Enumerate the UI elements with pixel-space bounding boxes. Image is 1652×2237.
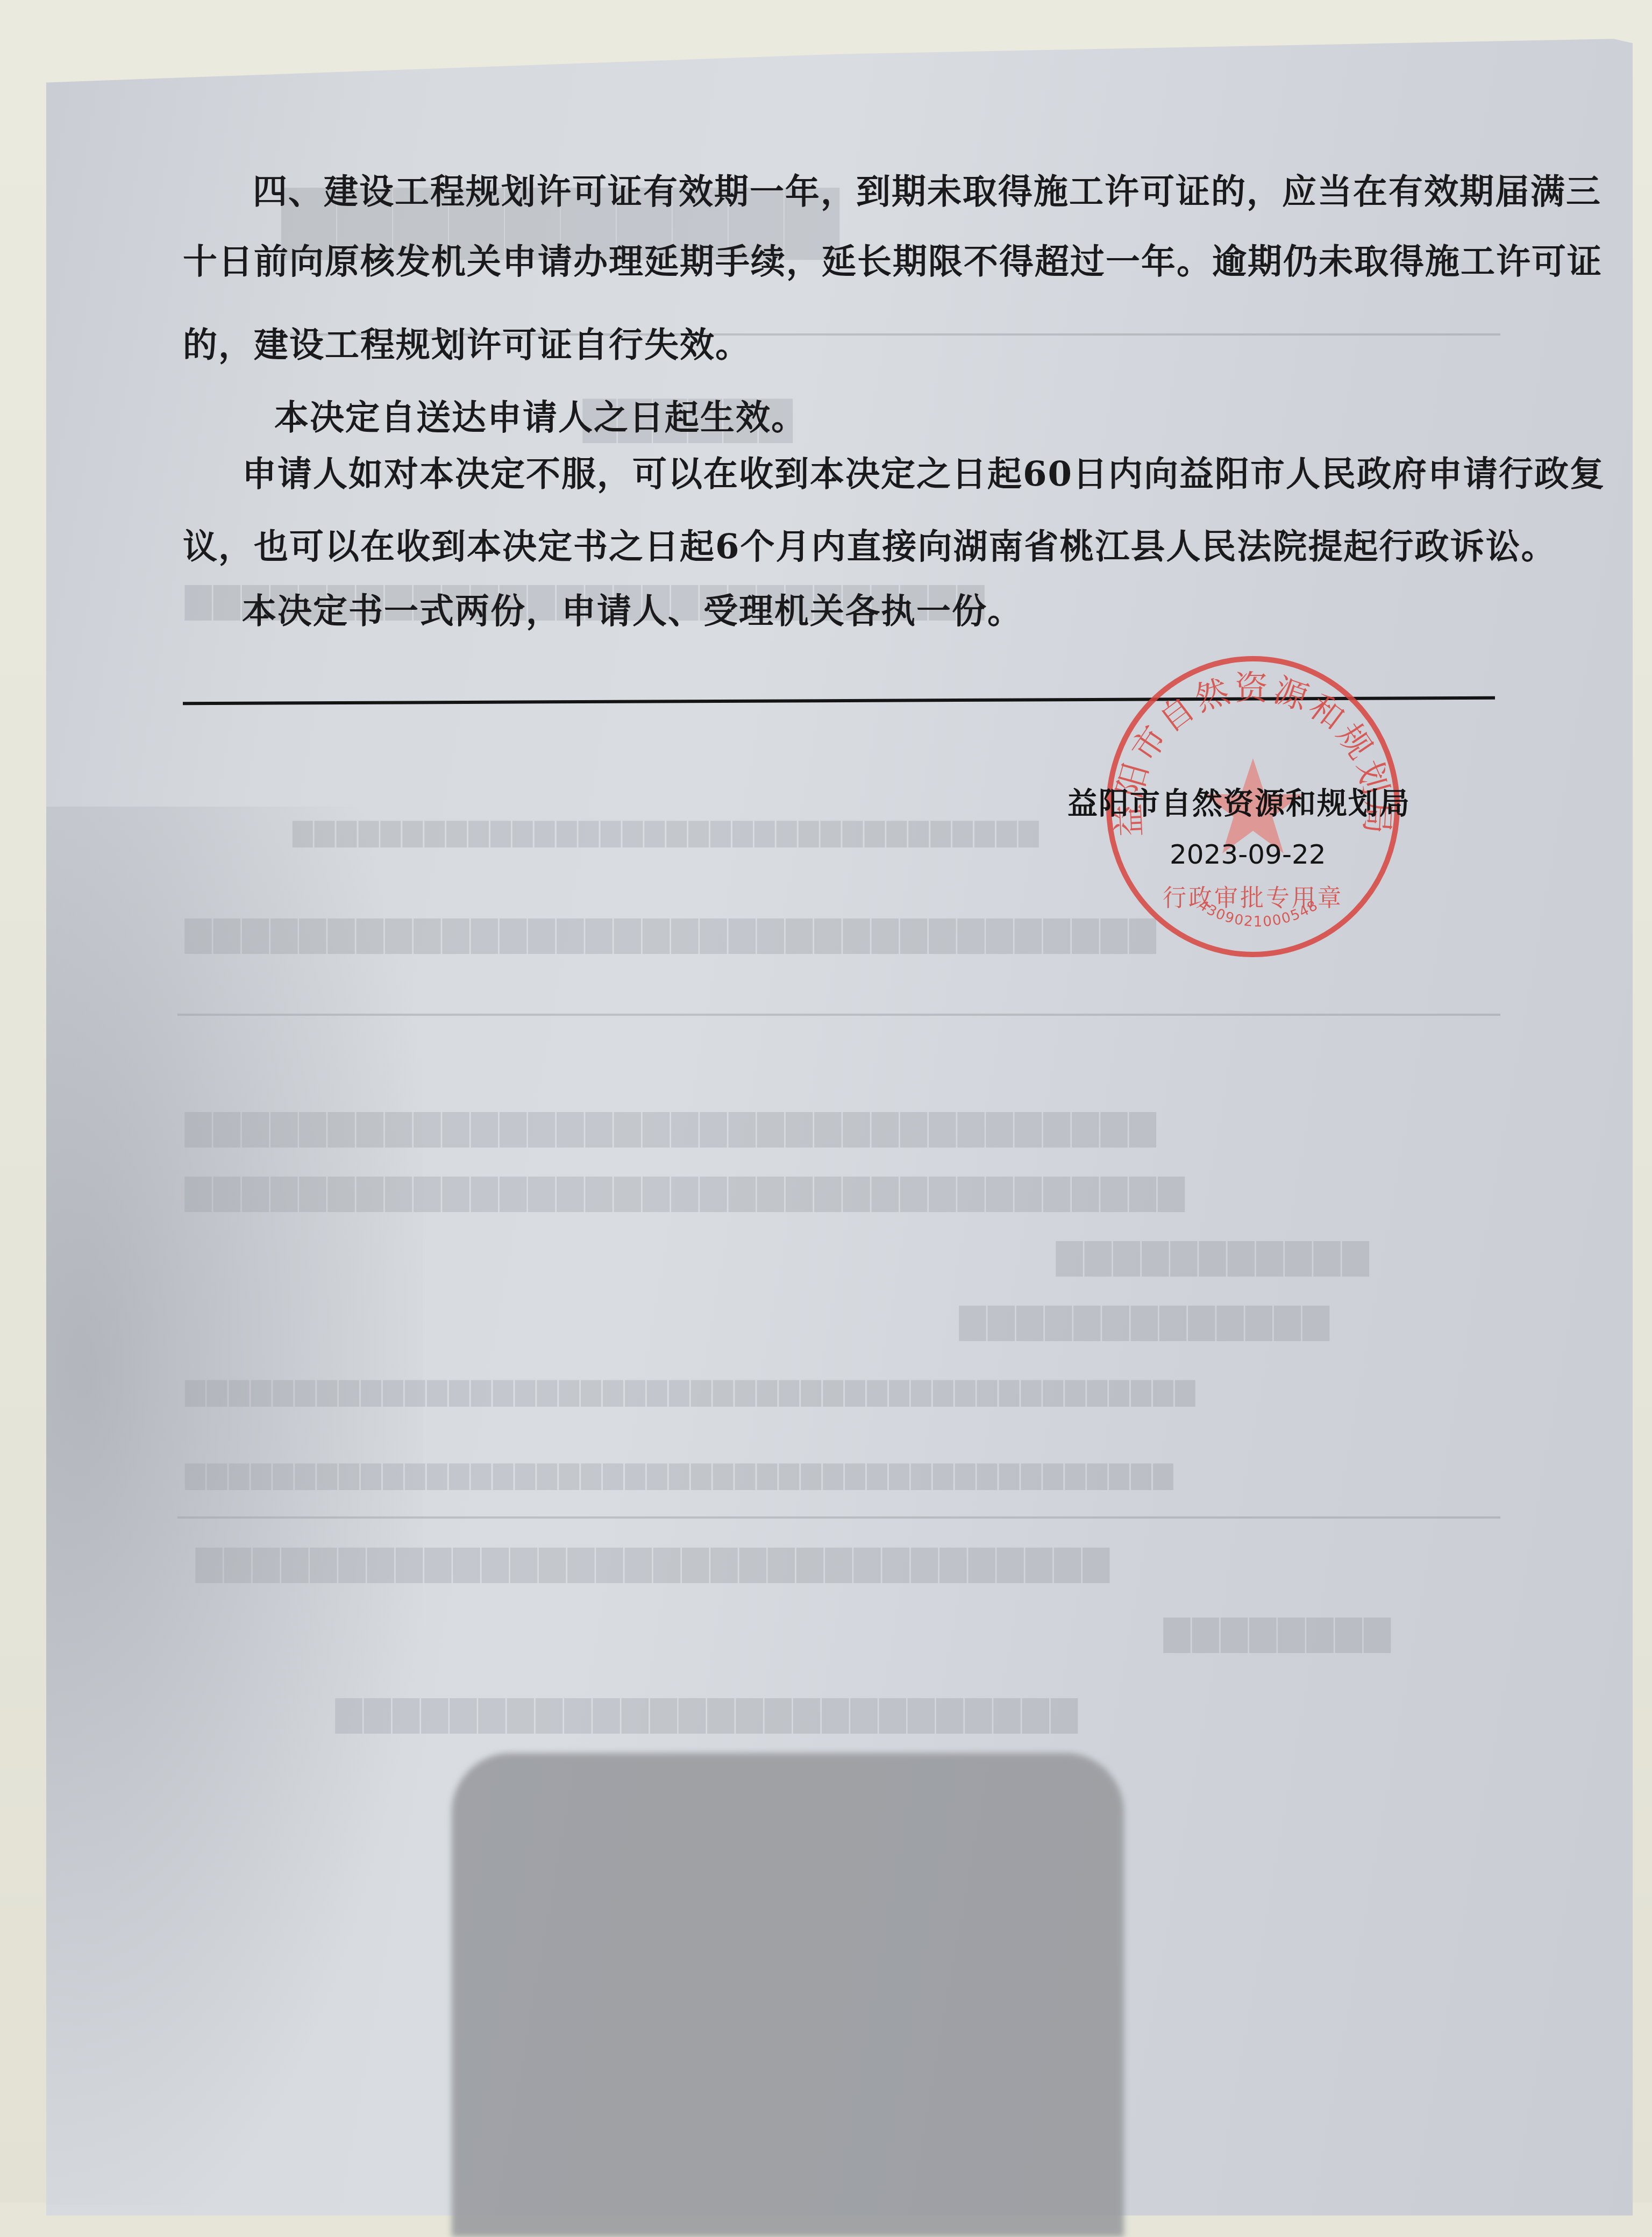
bleed-through-text: ▇▇▇▇▇▇▇▇▇▇▇ <box>1054 1237 1369 1277</box>
appeal-clause-line-2: 议，也可以在收到本决定书之日起6个月内直接向湖南省桃江县人民法院提起行政诉讼。 <box>183 530 1484 564</box>
signing-organization: 益阳市自然资源和规划局 <box>1067 780 1411 823</box>
appeal-clause-line-1: 申请人如对本决定不服，可以在收到本决定之日起60日内向益阳市人民政府申请行政复 <box>242 457 1543 491</box>
bleed-through-text: ▇▇▇▇▇▇▇▇▇▇▇▇▇ <box>957 1301 1329 1341</box>
bleed-through-text: ▇▇▇▇▇▇▇▇ <box>1162 1613 1391 1653</box>
paragraph-four-line-3: 的，建设工程规划许可证自行失效。 <box>183 328 1484 362</box>
bleed-through-text: ▇▇▇▇▇▇▇▇▇▇▇▇▇▇▇▇▇▇▇▇▇▇▇▇▇▇▇▇▇▇▇▇ <box>194 1543 1109 1583</box>
paragraph-four-line-1: 四、建设工程规划许可证有效期一年，到期未取得施工许可证的，应当在有效期届满三 <box>253 175 1554 209</box>
phone-shadow <box>452 1753 1124 2203</box>
paragraph-four-line-2: 十日前向原核发机关申请办理延期手续，延长期限不得超过一年。逾期仍未取得施工许可证 <box>183 245 1484 279</box>
bleed-through-text: ▇▇▇▇▇▇▇▇▇▇▇▇▇▇▇▇▇▇▇▇▇▇▇▇▇▇▇▇▇▇▇▇▇▇ <box>290 817 1038 847</box>
bleed-through-text: ▇▇▇▇▇▇▇▇▇▇▇▇▇▇▇▇▇▇▇▇▇▇▇▇▇▇▇▇▇▇▇▇▇▇ <box>183 914 1156 954</box>
bleed-through-text: ▇▇▇▇▇▇▇▇▇▇▇▇▇▇▇▇▇▇▇▇▇▇▇▇▇▇▇▇▇▇▇▇▇▇ <box>183 1108 1156 1148</box>
bleed-through-rule <box>177 1516 1500 1519</box>
effective-clause: 本决定自送达申请人之日起生效。 <box>274 401 1576 435</box>
bleed-through-text: ▇▇▇▇▇▇▇▇▇▇▇▇▇▇▇▇▇▇▇▇▇▇▇▇▇▇ <box>333 1694 1078 1734</box>
bleed-through-text: ▇▇▇▇▇▇▇▇▇▇▇▇▇▇▇▇▇▇▇▇▇▇▇▇▇▇▇▇▇▇▇▇▇▇▇▇▇▇▇▇… <box>183 1377 1195 1407</box>
bleed-through-text: ▇▇▇▇▇▇▇▇▇▇▇▇▇▇▇▇▇▇▇▇▇▇▇▇▇▇▇▇▇▇▇▇▇▇▇▇▇▇▇▇… <box>183 1460 1173 1490</box>
copies-clause: 本决定书一式两份，申请人、受理机关各执一份。 <box>242 594 1543 629</box>
bleed-through-text: ▇▇▇▇▇▇▇▇▇▇▇▇▇▇▇▇▇▇▇▇▇▇▇▇▇▇▇▇▇▇▇▇▇▇▇ <box>183 1172 1185 1212</box>
bleed-through-rule <box>177 1014 1500 1016</box>
signing-date: 2023-09-22 <box>1170 839 1326 870</box>
